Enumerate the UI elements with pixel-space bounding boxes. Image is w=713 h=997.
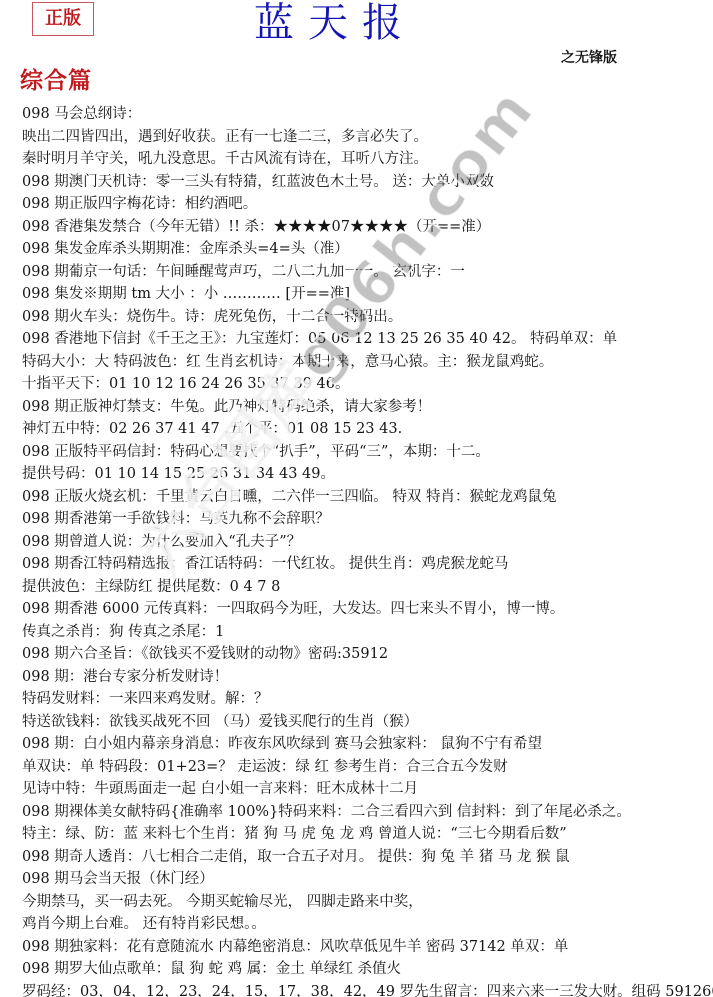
text-line: 098 期裸体美女献特码{准确率 100%}特码来料：二合三看四六到 信封料：到… <box>22 801 712 824</box>
text-line: 098 期独家料：花有意随流水 内幕绝密消息：风吹草低见牛羊 密码 37142 … <box>22 936 712 959</box>
page-title: 蓝天报 <box>254 0 484 48</box>
text-line: 特送欲钱料：欲钱买战死不回 （马）爱钱买爬行的生肖（猴） <box>22 711 712 734</box>
text-line: 秦时明月羊守关，吼九没意思。千古风流有诗在，耳听八方注。 <box>22 148 712 171</box>
text-line: 098 集发金库杀头期期准：金库杀头=4=头（准） <box>22 238 712 261</box>
text-line: 单双诀：单 特码段：01+23=？ 走运波：绿 红 参考生肖：合三合五今发财 <box>22 756 712 779</box>
text-line: 098 期正版四字梅花诗：相约酒吧。 <box>22 193 712 216</box>
text-line: 098 香港地下信封《千王之王》：九宝莲灯：05 06 12 13 25 26 … <box>22 328 712 351</box>
text-line: 提供号码：01 10 14 15 25 26 31 34 43 49。 <box>22 463 712 486</box>
text-line: 098 期六合圣旨：《欲钱买不爱钱财的动物》密码:35912 <box>22 643 712 666</box>
text-line: 098 期香港第一手欲钱料：马英九称不会辞职？ <box>22 508 712 531</box>
text-line: 特码发财料：一来四来鸡发财。解：？ <box>22 688 712 711</box>
text-line: 098 期：港台专家分析发财诗！ <box>22 666 712 689</box>
text-line: 098 期正版神灯禁支：牛兔。此乃神灯特码绝杀，请大家参考！ <box>22 396 712 419</box>
text-line: 见诗中特：牛頭馬面走一起 白小姐一言来料：旺木成林十二月 <box>22 778 712 801</box>
text-line: 098 集发※期期 tm 大小 ：小 ………… [开==准] <box>22 283 712 306</box>
text-line: 098 期火车头：烧伤牛。诗：虎死兔伤，十二合一特码出。 <box>22 306 712 329</box>
text-line: 鸡肖今期上台难。 还有特肖彩民想。。 <box>22 913 712 936</box>
edition-label: 之无锋版 <box>561 47 617 67</box>
text-line: 特码大小：大 特码波色：红 生肖玄机诗：本期十来，意马心猿。主：猴龙鼠鸡蛇。 <box>22 351 712 374</box>
text-line: 098 期澳门天机诗：零一三头有特猜，红蓝波色木土号。 送：大单小双数 <box>22 171 712 194</box>
text-line: 098 期奇人透肖：八七相合二走俏，取一合五子对月。 提供：狗 兔 羊 猪 马 … <box>22 846 712 869</box>
text-line: 098 期香江特码精选报：香江话特码：一代红妆。 提供生肖：鸡虎猴龙蛇马 <box>22 553 712 576</box>
text-line: 映出二四皆四出，遇到好收获。正有一七逢二三，多言必失了。 <box>22 126 712 149</box>
text-line: 传真之杀肖：狗 传真之杀尾：1 <box>22 621 712 644</box>
text-line: 今期禁马，买一码去死。 今期买蛇输尽光， 四脚走路来中奖， <box>22 891 712 914</box>
text-line: 098 正版火烧玄机：千里黄云白日曛，二六伴一三四临。 特双 特肖：猴蛇龙鸡鼠兔 <box>22 486 712 509</box>
text-line: 098 香港集发禁合（今年无错）!! 杀：★★★★07★★★★（开==准） <box>22 216 712 239</box>
authentic-badge: 正版 <box>32 2 94 36</box>
text-line: 098 马会总纲诗： <box>22 103 712 126</box>
text-line: 098 期罗大仙点歌单：鼠 狗 蛇 鸡 属：金土 单绿红 杀值火 <box>22 958 712 981</box>
text-line: 098 正版特平码信封：特码心想要找个“扒手”，平码“三”，本期：十二。 <box>22 441 712 464</box>
content-lines: 098 马会总纲诗：映出二四皆四出，遇到好收获。正有一七逢二三，多言必失了。秦时… <box>22 103 712 997</box>
text-line: 特主：绿、防：蓝 来料七个生肖：猪 狗 马 虎 兔 龙 鸡 曾道人说：“三七今期… <box>22 823 712 846</box>
text-line: 提供波色：主绿防红 提供尾数：0 4 7 8 <box>22 576 712 599</box>
text-line: 098 期香港 6000 元传真料：一四取码今为旺，大发达。四七来头不胃小，博一… <box>22 598 712 621</box>
text-line: 098 期曾道人说：为什么要加入“孔夫子”？ <box>22 531 712 554</box>
text-line: 神灯五中特：02 26 37 41 47 .五个平：01 08 15 23 43… <box>22 418 712 441</box>
section-heading: 综合篇 <box>20 62 92 95</box>
text-line: 罗码经：03，04，12，23，24，15，17，38，42，49 罗先生留言：… <box>22 981 712 997</box>
text-line: 098 期：白小姐内幕亲身消息：昨夜东风吹绿到 赛马会独家料： 鼠狗不宁有希望 <box>22 733 712 756</box>
text-line: 098 期马会当天报（休门经） <box>22 868 712 891</box>
text-line: 098 期葡京一句话：午间睡醒莺声巧，二八二九加一一。 玄机字：一 <box>22 261 712 284</box>
text-line: 十指平天下：01 10 12 16 24 26 35 37 39 46。 <box>22 373 712 396</box>
